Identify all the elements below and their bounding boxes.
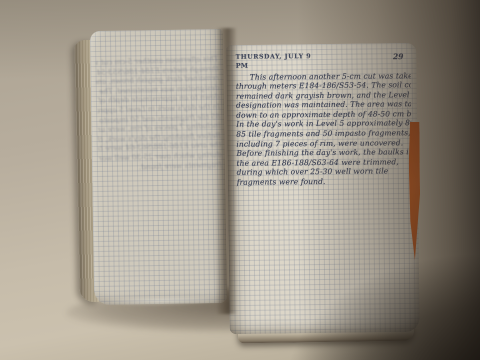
right-page: 29 THURSDAY, JULY 9 PM This afternoon an… <box>226 43 420 334</box>
entry-text-block: This afternoon another 5-cm cut was take… <box>236 71 412 188</box>
entry-line: fragments were found. <box>237 176 412 187</box>
spine-gutter-shadow <box>216 28 236 314</box>
bleed-through-text: This afternoon another 5-cm cut was take… <box>95 54 222 173</box>
left-page: This afternoon another 5-cm cut was take… <box>90 29 227 305</box>
notebook-photo: This afternoon another 5-cm cut was take… <box>0 0 480 360</box>
handwritten-entry: THURSDAY, JULY 9 PM This afternoon anoth… <box>236 52 412 187</box>
entry-time-label: PM <box>236 60 411 70</box>
